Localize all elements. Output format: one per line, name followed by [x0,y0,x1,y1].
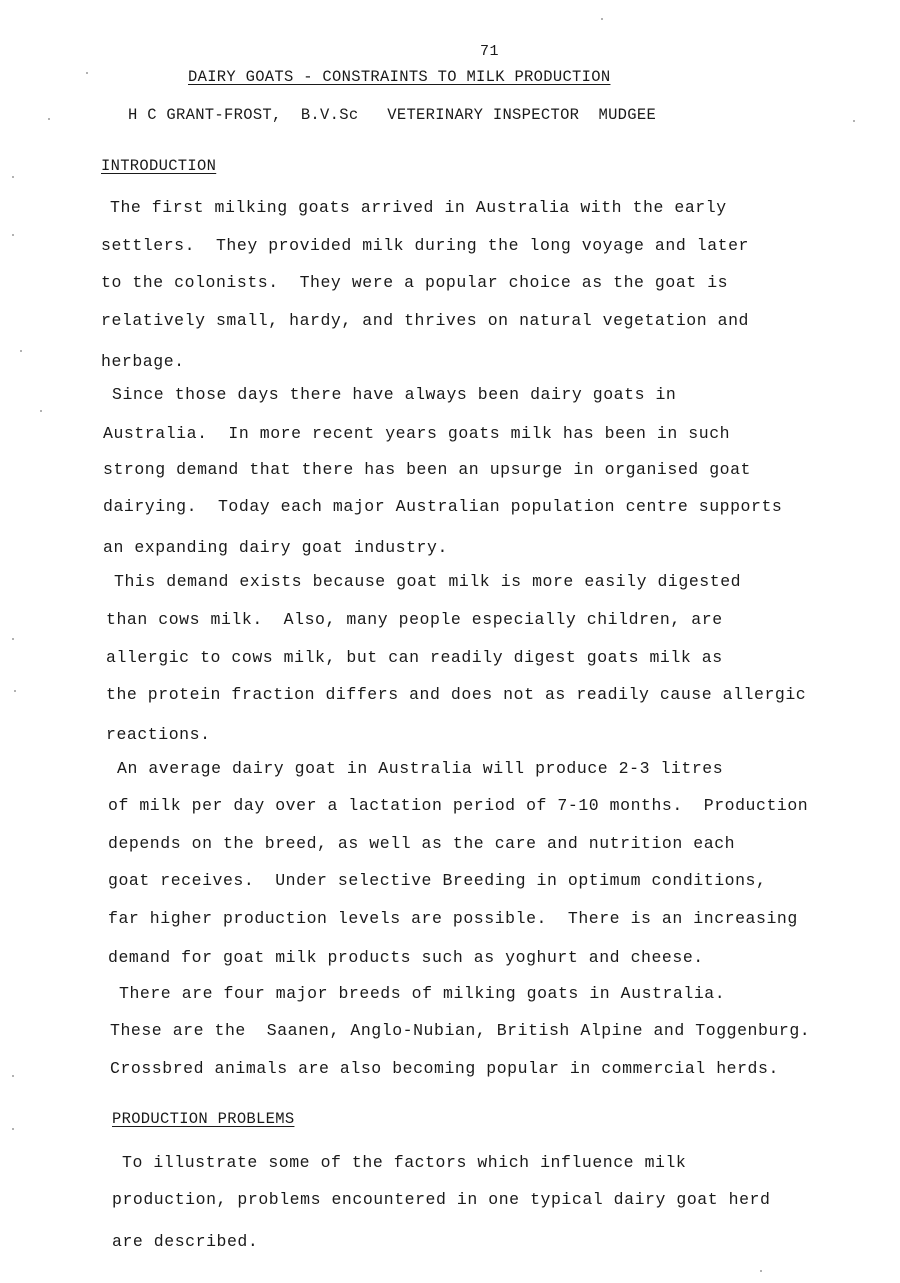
scan-speck [20,350,22,352]
text-line: than cows milk. Also, many people especi… [106,610,723,629]
text-line: strong demand that there has been an ups… [103,460,751,479]
text-line: An average dairy goat in Australia will … [117,759,723,778]
text-line: These are the Saanen, Anglo-Nubian, Brit… [110,1021,810,1040]
text-line: dairying. Today each major Australian po… [103,497,782,516]
text-line: herbage. [101,352,185,371]
text-line: Crossbred animals are also becoming popu… [110,1059,779,1078]
scan-speck [760,1270,762,1272]
text-line: production, problems encountered in one … [112,1190,770,1209]
document-title: DAIRY GOATS - CONSTRAINTS TO MILK PRODUC… [188,68,610,86]
scan-speck [12,638,14,640]
text-line: reactions. [106,725,211,744]
text-line: The first milking goats arrived in Austr… [110,198,727,217]
text-line: an expanding dairy goat industry. [103,538,448,557]
text-line: of milk per day over a lactation period … [108,796,808,815]
author-line: H C GRANT-FROST, B.V.Sc VETERINARY INSPE… [128,106,656,124]
scan-speck [12,1128,14,1130]
text-line: goat receives. Under selective Breeding … [108,871,766,890]
text-line: far higher production levels are possibl… [108,909,798,928]
text-line: Australia. In more recent years goats mi… [103,424,730,443]
scan-speck [12,1075,14,1077]
text-line: There are four major breeds of milking g… [119,984,725,1003]
text-line: settlers. They provided milk during the … [101,236,749,255]
scan-speck [601,18,603,20]
text-line: to the colonists. They were a popular ch… [101,273,728,292]
page-number: 71 [480,43,499,60]
scan-speck [40,410,42,412]
text-line: the protein fraction differs and does no… [106,685,806,704]
text-line: are described. [112,1232,258,1251]
scan-speck [86,72,88,74]
section-heading-introduction: INTRODUCTION [101,157,216,175]
scan-speck [14,690,16,692]
scan-speck [853,120,855,122]
text-line: Since those days there have always been … [112,385,676,404]
text-line: This demand exists because goat milk is … [114,572,741,591]
scan-speck [12,176,14,178]
text-line: relatively small, hardy, and thrives on … [101,311,749,330]
scan-speck [12,234,14,236]
text-line: depends on the breed, as well as the car… [108,834,735,853]
document-page: 71 DAIRY GOATS - CONSTRAINTS TO MILK PRO… [0,0,900,1283]
text-line: To illustrate some of the factors which … [122,1153,686,1172]
section-heading-production-problems: PRODUCTION PROBLEMS [112,1110,294,1128]
text-line: demand for goat milk products such as yo… [108,948,704,967]
scan-speck [48,118,50,120]
text-line: allergic to cows milk, but can readily d… [106,648,723,667]
